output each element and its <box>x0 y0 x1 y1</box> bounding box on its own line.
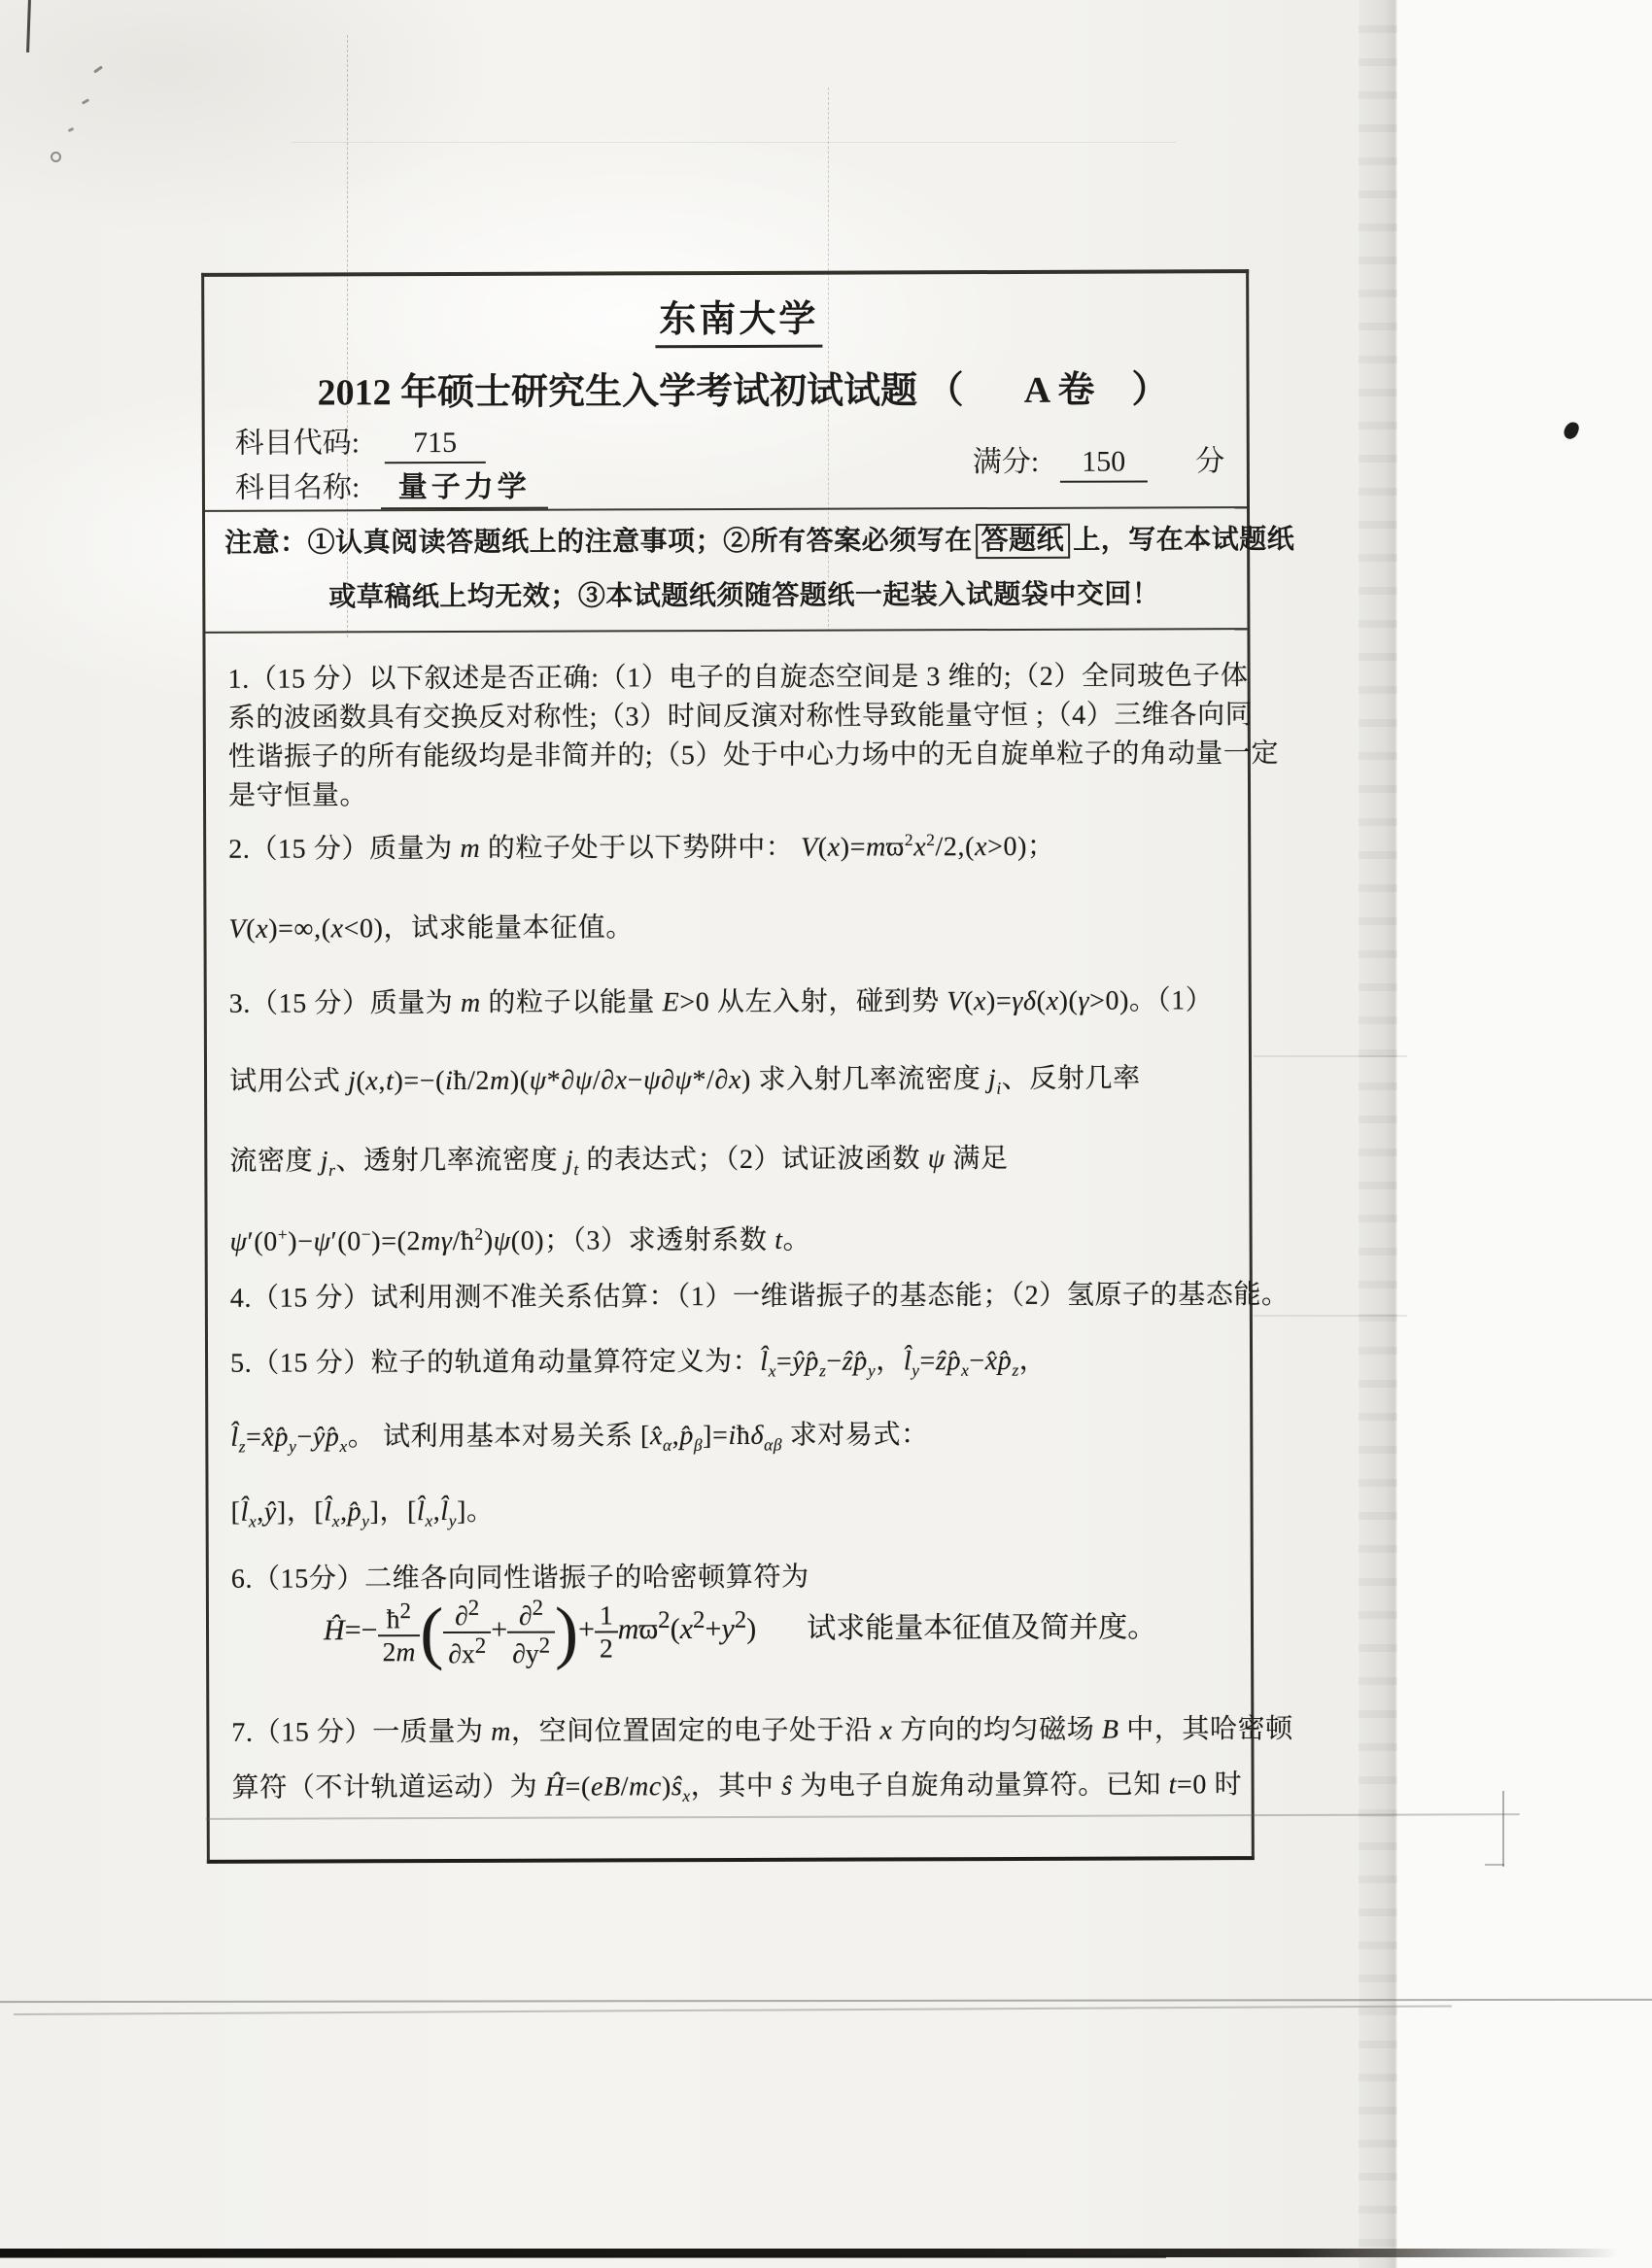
full-score-value: 150 <box>1060 445 1148 482</box>
full-score-label: 满分: <box>973 446 1039 478</box>
notice-line-1: 注意：①认真阅读答题纸上的注意事项；②所有答案必须写在答题纸上，写在本试题纸 <box>224 518 1294 561</box>
question-3-line-3: 流密度 jr、透射几率流密度 jt 的表达式；（2）试证波函数 ψ 满足 <box>229 1136 1242 1181</box>
notice-label: 注意： <box>224 529 308 559</box>
scan-artifact-ink-blob <box>1563 420 1581 440</box>
exam-title-text: 2012 年硕士研究生入学考试初试试题 <box>318 370 918 413</box>
subject-code-value: 715 <box>385 427 486 464</box>
scan-artifact-bottom-edge-bar-shadow <box>0 2255 1166 2258</box>
paren-close: ） <box>1131 369 1168 410</box>
question-1-line-4: 是守恒量。 <box>228 771 1241 813</box>
notice-line-2: 或草稿纸上均无效；③本试题纸须随答题纸一起装入试题袋中交回！ <box>328 572 1159 614</box>
paper-torn-right-edge <box>1359 0 1397 2268</box>
question-2-line-1: 2.（15 分）质量为 m 的粒子处于以下势阱中： V(x)=mϖ2x2/2,(… <box>228 824 1241 867</box>
question-3-line-1: 3.（15 分）质量为 m 的粒子以能量 E>0 从左入射，碰到势 V(x)=γ… <box>229 979 1242 1021</box>
question-3-line-2: 试用公式 j(x,t)=−(iħ/2m)(ψ*∂ψ/∂x−ψ∂ψ*/∂x) 求入… <box>229 1056 1242 1101</box>
question-6-line-1: 6.（15分）二维各向同性谐振子的哈密顿算符为 <box>231 1554 1244 1597</box>
exam-frame: 东南大学 2012 年硕士研究生入学考试初试试题 （A 卷） 科目代码: 715… <box>201 269 1255 1864</box>
question-3-line-4: ψ′(0+)−ψ′(0−)=(2mγ/ħ2)ψ(0)；（3）求透射系数 t。 <box>230 1217 1243 1259</box>
subject-code-row: 科目代码: 715 <box>235 418 486 464</box>
scan-artifact-faint-line <box>1254 1055 1407 1057</box>
full-score-row: 满分: 150 分 <box>973 436 1225 483</box>
header-divider-bottom <box>205 628 1247 634</box>
paper-variant: A 卷 <box>1024 370 1095 411</box>
question-2-line-2: V(x)=∞,(x<0)，试求能量本征值。 <box>228 904 1241 946</box>
university-title-text: 东南大学 <box>655 299 822 349</box>
scan-artifact-vertical-mark <box>1502 1791 1504 1867</box>
scan-artifact-faint-line-top <box>292 142 1176 143</box>
scan-artifact-faint-line <box>1254 1315 1407 1317</box>
university-title: 东南大学 <box>204 287 1259 344</box>
exam-title: 2012 年硕士研究生入学考试初试试题 （A 卷） <box>204 359 1263 416</box>
full-score-unit: 分 <box>1195 445 1224 477</box>
question-7-line-1: 7.（15 分）一质量为 m，空间位置固定的电子处于沿 x 方向的均匀磁场 B … <box>231 1707 1244 1750</box>
subject-name-value: 量子力学 <box>381 463 548 510</box>
question-1-line-1: 1.（15 分）以下叙述是否正确:（1）电子的自旋态空间是 3 维的;（2）全同… <box>228 654 1241 697</box>
question-6-formula: Ĥ=−ħ22m(∂2∂x2+∂2∂y2)+12mϖ2(x2+y2)试求能量本征值… <box>324 1593 1247 1669</box>
subject-code-label: 科目代码: <box>235 427 360 459</box>
notice-seg2: 上，写在本试题纸 <box>1073 525 1294 556</box>
question-5-line-3: [l̂x,ŷ]，[l̂x,p̂y]，[l̂x,l̂y]。 <box>231 1487 1244 1531</box>
question-7-line-2: 算符（不计轨道运动）为 Ĥ=(eB/mc)ŝx，其中 ŝ 为电子自旋角动量算符。… <box>232 1763 1245 1807</box>
scan-artifact-tick <box>1485 1864 1504 1866</box>
paren-open: （ <box>927 370 964 411</box>
scan-artifact-speck <box>51 152 61 162</box>
subject-name-row: 科目名称: 量子力学 <box>235 463 548 510</box>
question-1-line-3: 性谐振子的所有能级均是非简并的;（5）处于中心力场中的无自旋单粒子的角动量一定 <box>228 732 1241 774</box>
question-4-line-1: 4.（15 分）试利用测不准关系估算：（1）一维谐振子的基态能；（2）氢原子的基… <box>230 1273 1243 1316</box>
question-5-line-1: 5.（15 分）粒子的轨道角动量算符定义为：l̂x=ŷp̂z−ẑp̂y，l̂y=… <box>230 1338 1243 1383</box>
question-1-line-2: 系的波函数具有交换反对称性;（3）时间反演对称性导致能量守恒 ;（4）三维各向同 <box>228 693 1241 736</box>
notice-boxed-term: 答题纸 <box>976 524 1071 559</box>
subject-name-label: 科目名称: <box>235 471 360 503</box>
scanned-exam-page: { "header": { "university": "东南大学", "tit… <box>0 0 1652 2268</box>
question-5-line-2: l̂z=x̂p̂y−ŷp̂x。 试利用基本对易关系 [x̂α,p̂β]=iħδα… <box>230 1412 1243 1457</box>
notice-seg1: ①认真阅读答题纸上的注意事项；②所有答案必须写在 <box>308 526 973 558</box>
